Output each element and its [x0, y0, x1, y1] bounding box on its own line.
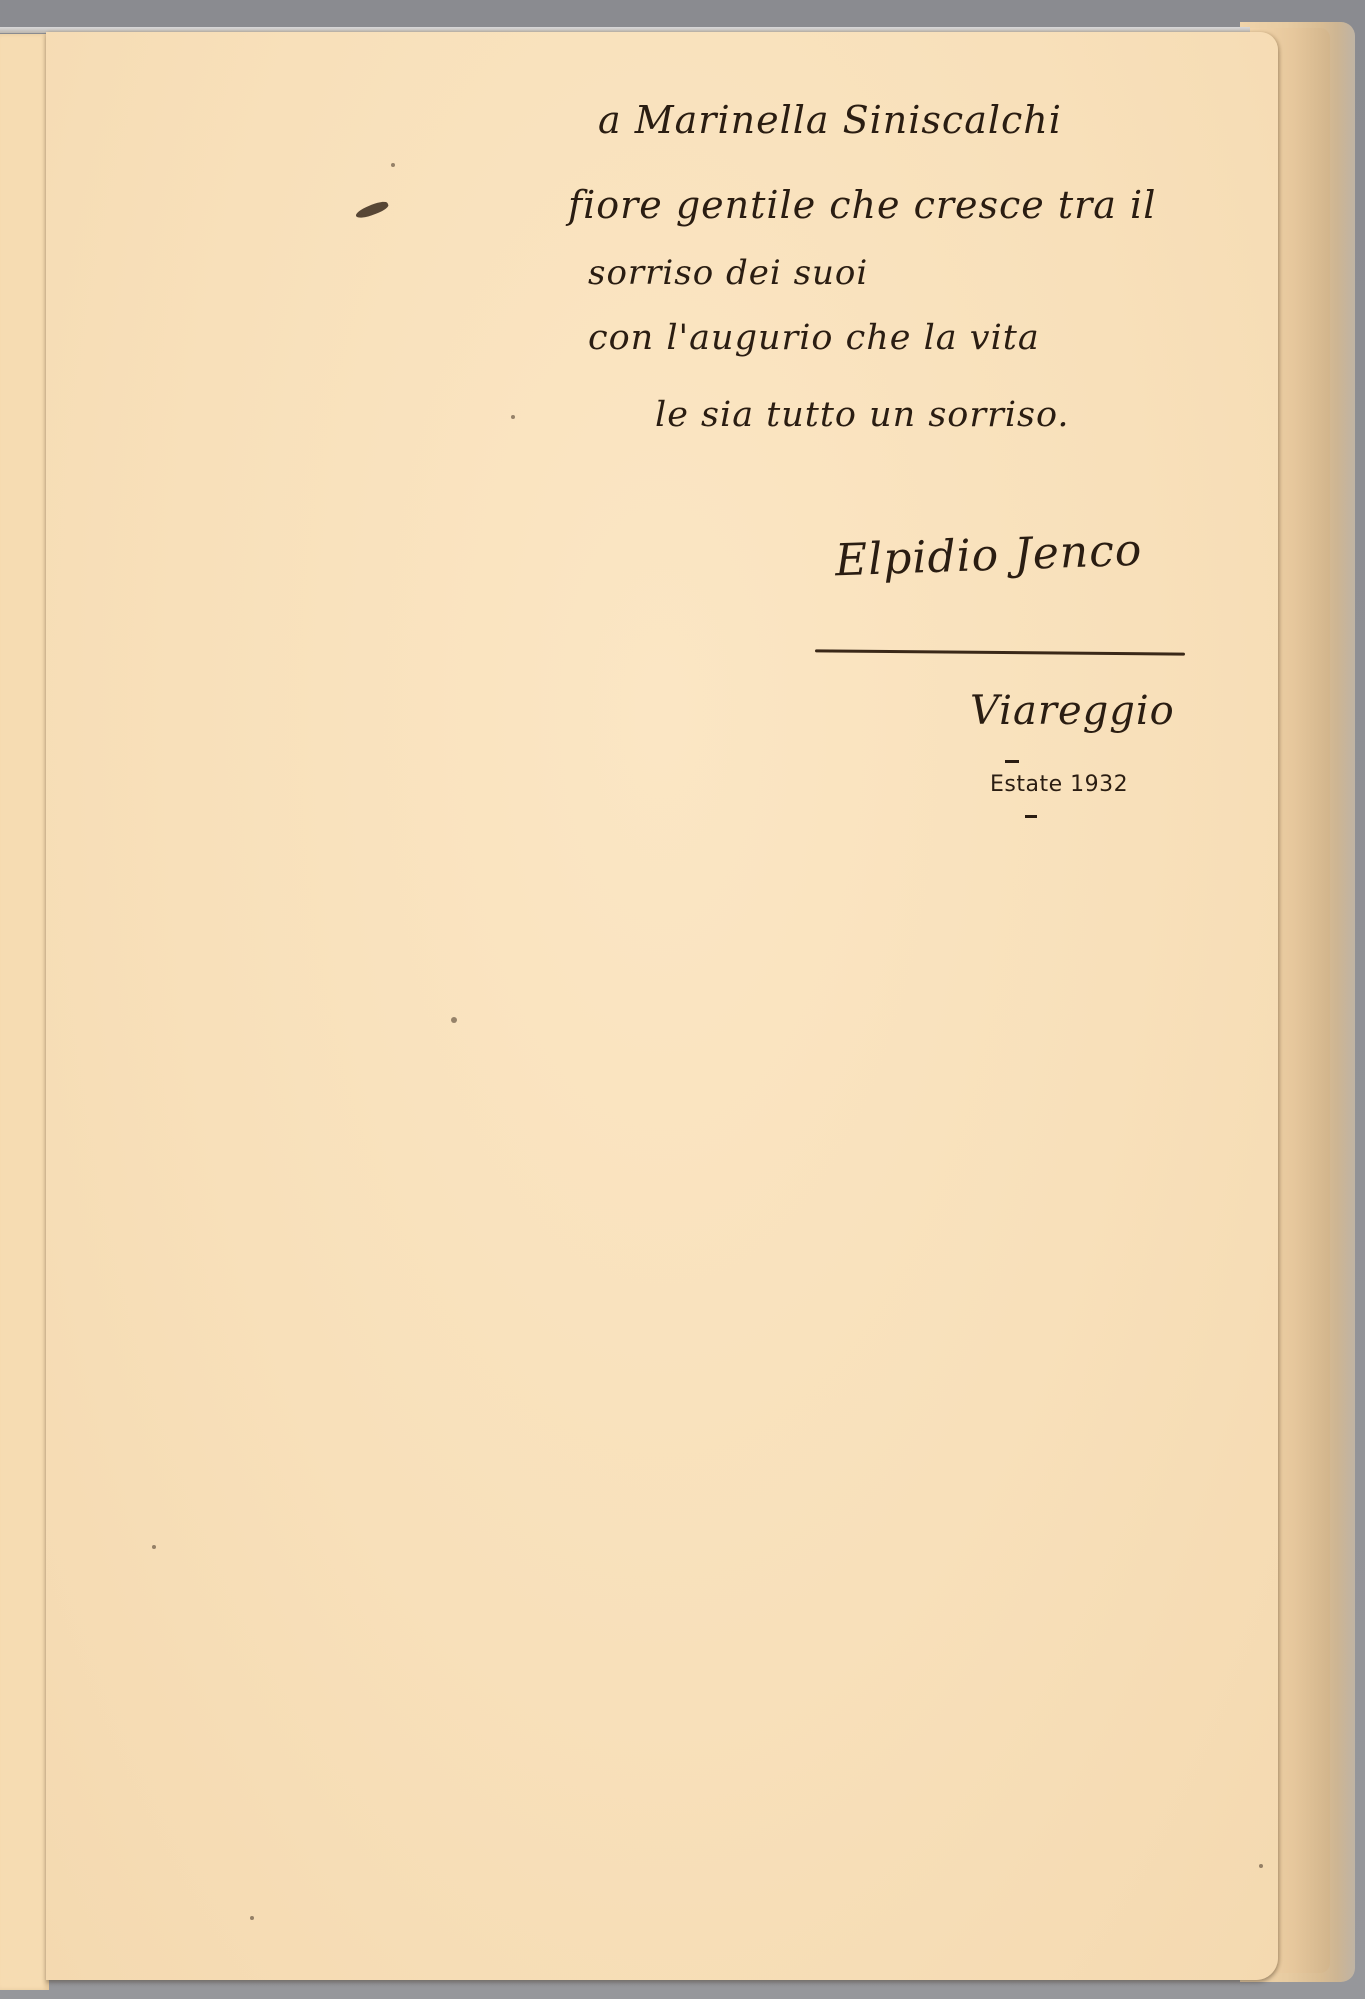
adjacent-page-strip	[0, 34, 49, 1990]
dedication-line-5: le sia tutto un sorriso.	[655, 395, 1070, 435]
dedication-line-3: sorriso dei suoi	[588, 253, 868, 293]
inscription-date: Estate 1932	[990, 772, 1128, 797]
dedication-line-1: a Marinella Siniscalchi	[598, 98, 1062, 142]
speck	[391, 163, 395, 167]
place-name: Viareggio	[970, 688, 1175, 734]
dash-mark	[1025, 815, 1037, 818]
author-signature: Elpidio Jenco	[834, 525, 1143, 587]
speck	[451, 1017, 457, 1023]
dedication-line-2: fiore gentile che cresce tra il	[568, 183, 1156, 227]
speck	[1259, 1864, 1263, 1868]
dash-mark	[1005, 760, 1019, 763]
speck	[250, 1916, 254, 1920]
dedication-line-4: con l'augurio che la vita	[588, 318, 1040, 358]
speck	[511, 415, 515, 419]
speck	[152, 1545, 156, 1549]
